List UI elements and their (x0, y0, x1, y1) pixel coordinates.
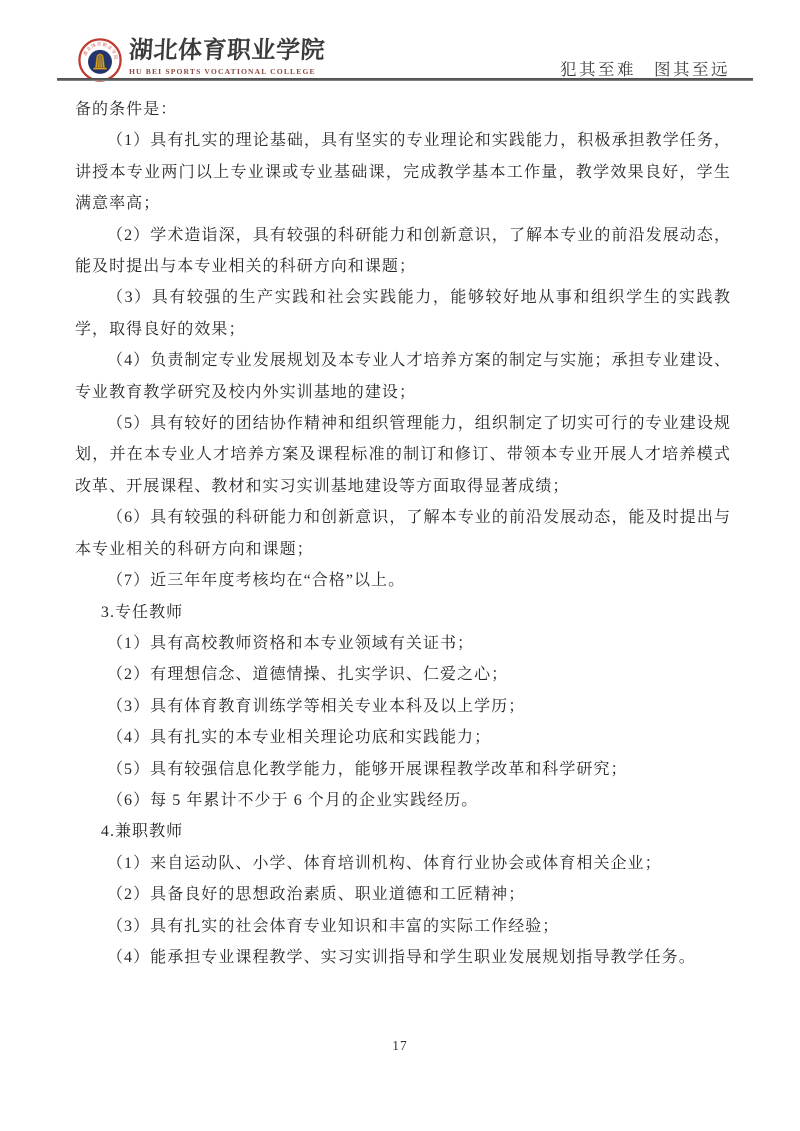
body-paragraph: （3）具有扎实的社会体育专业知识和丰富的实际工作经验； (75, 911, 731, 942)
body-paragraph: （1）具有扎实的理论基础，具有坚实的专业理论和实践能力，积极承担教学任务，讲授本… (75, 125, 731, 219)
body-paragraph: （5）具有较强信息化教学能力，能够开展课程教学改革和科学研究； (75, 754, 731, 785)
section-heading: 3.专任教师 (75, 597, 731, 628)
header-divider (57, 78, 753, 81)
page-footer: 17 (0, 1038, 800, 1054)
section-heading: 4.兼职教师 (75, 816, 731, 847)
motto-right: 图其至远 (654, 60, 730, 79)
body-paragraph: （1）来自运动队、小学、体育培训机构、体育行业协会或体育相关企业； (75, 848, 731, 879)
motto-left: 犯其至难 (560, 60, 636, 79)
body-paragraph: （2）有理想信念、道德情操、扎实学识、仁爱之心； (75, 659, 731, 690)
college-brand: 湖北体育职业学院 HU BEI SPORTS VOCATIONAL COLLEG… (129, 37, 429, 76)
document-body: 备的条件是：（1）具有扎实的理论基础，具有坚实的专业理论和实践能力，积极承担教学… (75, 94, 731, 973)
body-paragraph: （6）具有较强的科研能力和创新意识，了解本专业的前沿发展动态，能及时提出与本专业… (75, 502, 731, 565)
body-paragraph: （4）具有扎实的本专业相关理论功底和实践能力； (75, 722, 731, 753)
body-paragraph: （7）近三年年度考核均在“合格”以上。 (75, 565, 731, 596)
body-paragraph: （4）负责制定专业发展规划及本专业人才培养方案的制定与实施；承担专业建设、专业教… (75, 345, 731, 408)
body-paragraph: 备的条件是： (75, 94, 731, 125)
body-paragraph: （1）具有高校教师资格和本专业领域有关证书； (75, 628, 731, 659)
page-number: 17 (392, 1038, 408, 1053)
college-motto: 犯其至难图其至远 (560, 56, 730, 80)
body-paragraph: （3）具有较强的生产实践和社会实践能力，能够较好地从事和组织学生的实践教学，取得… (75, 282, 731, 345)
body-paragraph: （6）每 5 年累计不少于 6 个月的企业实践经历。 (75, 785, 731, 816)
body-paragraph: （2）具备良好的思想政治素质、职业道德和工匠精神； (75, 879, 731, 910)
body-paragraph: （5）具有较好的团结协作精神和组织管理能力，组织制定了切实可行的专业建设规划，并… (75, 408, 731, 502)
college-name-en: HU BEI SPORTS VOCATIONAL COLLEGE (129, 67, 429, 76)
body-paragraph: （4）能承担专业课程教学、实习实训指导和学生职业发展规划指导教学任务。 (75, 942, 731, 973)
college-name-zh: 湖北体育职业学院 (128, 37, 429, 65)
body-paragraph: （2）学术造诣深，具有较强的科研能力和创新意识，了解本专业的前沿发展动态，能及时… (75, 220, 731, 283)
body-paragraph: （3）具有体育教育训练学等相关专业本科及以上学历； (75, 691, 731, 722)
document-page: 湖北体育职业学院 湖北体育职业学院 HU BEI SPORTS VOCATION… (0, 0, 800, 1131)
